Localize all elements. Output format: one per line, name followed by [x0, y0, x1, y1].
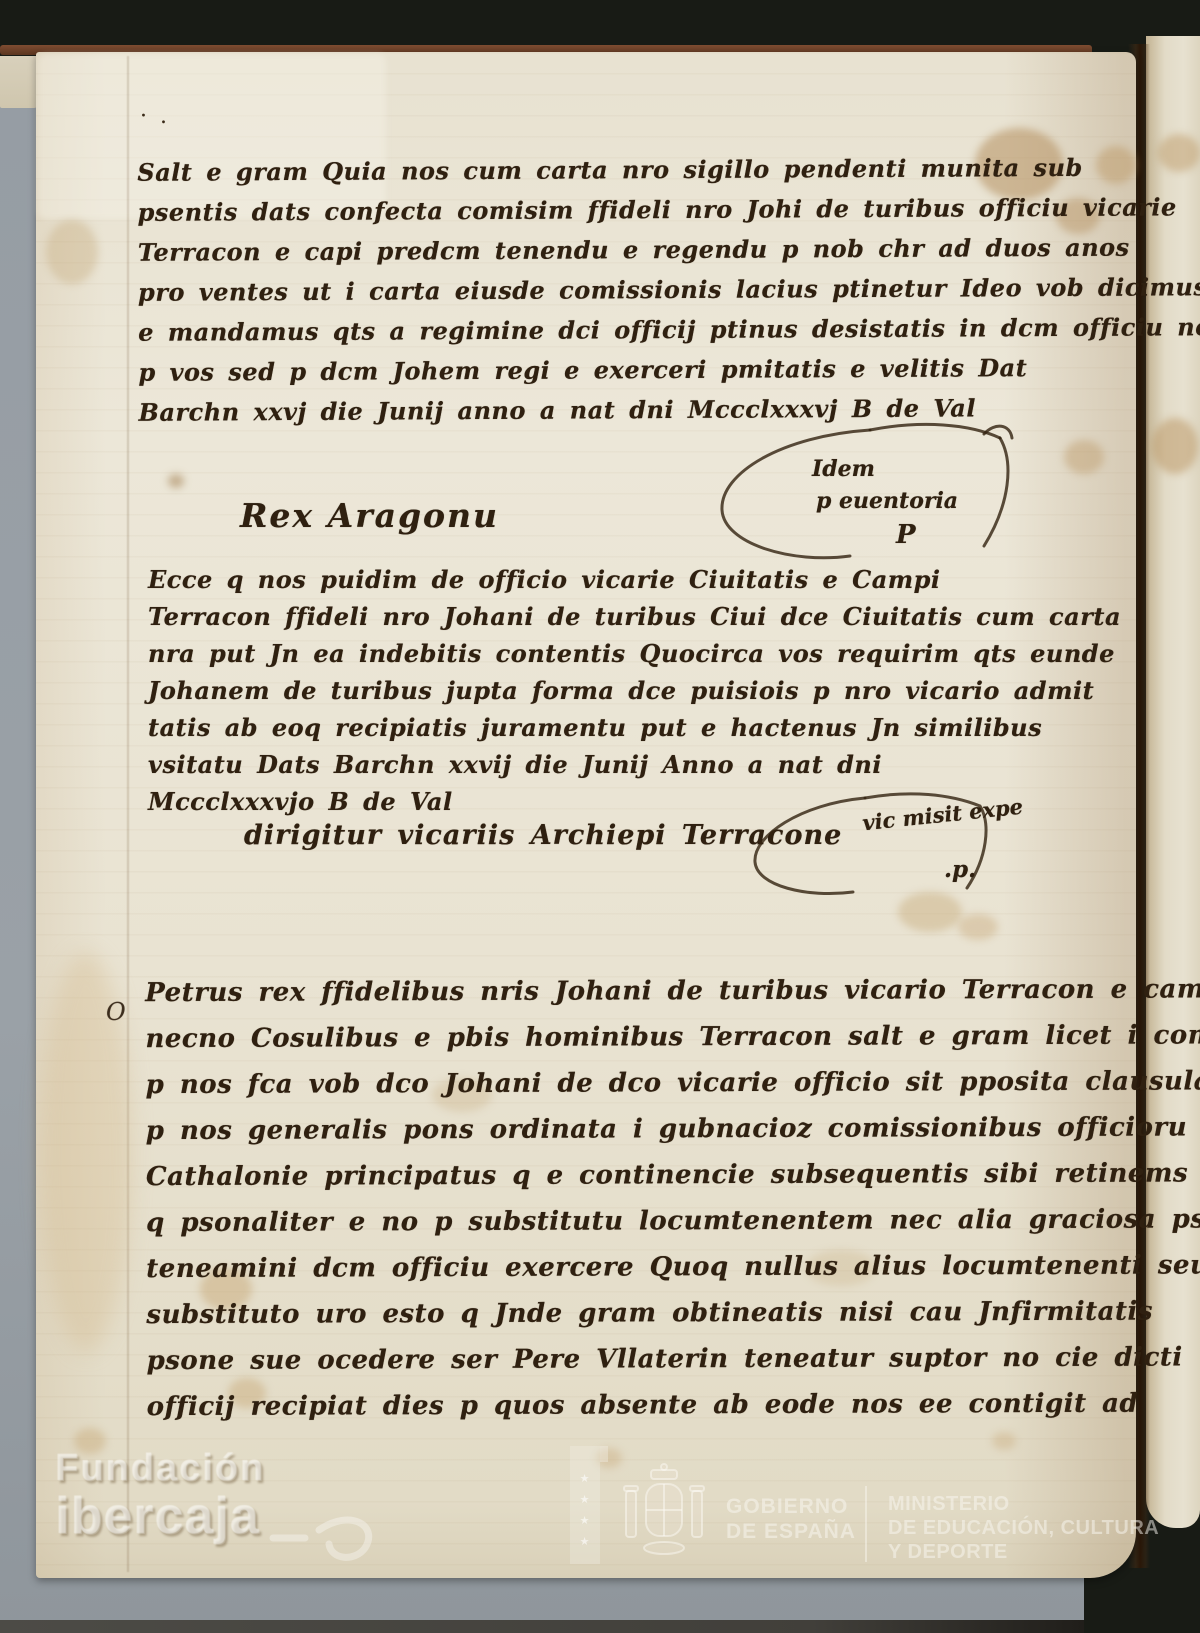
manuscript-line: vsitatu Dats Barchn xxvij die Junij Anno…: [148, 746, 1121, 783]
manuscript-line: p nos generalis pons ordinata i gubnacio…: [146, 1104, 1200, 1154]
manuscript-line: Petrus rex ffidelibus nris Johani de tur…: [145, 966, 1200, 1016]
manuscript-line: Ecce q nos puidim de officio vicarie Ciu…: [148, 561, 1121, 598]
paragraph-1: Salt e gram Quia nos cum carta nro sigil…: [137, 147, 1200, 433]
manuscript-line: teneamini dcm officiu exercere Quoq null…: [146, 1242, 1200, 1292]
stain: [46, 220, 98, 284]
manuscript-line: psone sue ocedere ser Pere Vllaterin ten…: [146, 1334, 1200, 1384]
manuscript-line: tatis ab eoq recipiatis juramentu put e …: [148, 709, 1121, 746]
heading-rex-aragonum: Rex Aragonu: [240, 496, 499, 535]
stain: [1064, 440, 1104, 474]
manuscript-line: p vos sed p dcm Johem regi e exerceri pm…: [138, 347, 1200, 393]
ministerio-line1: MINISTERIO: [888, 1492, 1159, 1516]
manuscript-line: Barchn xxvj die Junij anno a nat dni Mcc…: [139, 387, 1200, 433]
ministerio-label: MINISTERIO DE EDUCACIÓN, CULTURA Y DEPOR…: [888, 1492, 1159, 1564]
gobierno-line2: DE ESPAÑA: [726, 1519, 856, 1544]
page-edge-stack: [0, 56, 38, 108]
manuscript-line: necno Cosulibus e pbis hominibus Terraco…: [145, 1012, 1200, 1062]
stain: [958, 914, 998, 940]
government-watermark: ★★★★ GOBIERNO DE ESPAÑA MINISTERIO DE ED…: [570, 1446, 1170, 1576]
manuscript-line: p nos fca vob dco Johani de dco vicarie …: [146, 1058, 1200, 1108]
manuscript-line: Terracon ffideli nro Johani de turibus C…: [148, 598, 1121, 635]
paragraph-2: Ecce q nos puidim de officio vicarie Ciu…: [148, 561, 1121, 820]
margin-mark-o: O: [106, 998, 126, 1026]
manuscript-line: Salt e gram Quia nos cum carta nro sigil…: [137, 147, 1200, 193]
manuscript-line: Johanem de turibus jupta forma dce puisi…: [148, 672, 1121, 709]
ministerio-line2: DE EDUCACIÓN, CULTURA: [888, 1516, 1159, 1540]
manuscript-line: Terracon e capi predcm tenendu e regendu…: [138, 227, 1200, 273]
manuscript-line: e mandamus qts a regimine dci officij pt…: [138, 307, 1200, 353]
manuscript-line: pro ventes ut i carta eiusde comissionis…: [138, 267, 1200, 313]
margin-note-1-line-1: Idem: [812, 456, 875, 482]
ibercaja-watermark-line2: ibercaja: [56, 1487, 266, 1547]
ibercaja-swash-icon: [271, 1508, 391, 1568]
backdrop-edge-strip: [0, 1620, 1084, 1633]
manuscript-line: officij recipiat dies p quos absente ab …: [147, 1380, 1200, 1430]
ministerio-line3: Y DEPORTE: [888, 1540, 1159, 1564]
gobierno-label: GOBIERNO DE ESPAÑA: [726, 1494, 856, 1544]
manuscript-photo: · . Salt e gram Quia nos cum carta nro s…: [0, 0, 1200, 1633]
manuscript-line: nra put Jn ea indebitis contentis Quocir…: [148, 635, 1121, 672]
manuscript-line: Cathalonie principatus q e continencie s…: [146, 1150, 1200, 1200]
spain-coat-of-arms-icon: [618, 1460, 710, 1564]
ink-specks: · .: [140, 104, 170, 129]
margin-note-2-mark: .p.: [944, 856, 976, 883]
eu-stars-bar: ★★★★: [570, 1446, 600, 1564]
margin-note-1-mark: P: [896, 520, 916, 550]
paragraph-3: Petrus rex ffidelibus nris Johani de tur…: [145, 966, 1200, 1430]
watermark-divider: [865, 1486, 867, 1562]
ibercaja-watermark: Fundación ibercaja: [56, 1448, 266, 1547]
manuscript-line: q psonaliter e no p substitutu locumtene…: [146, 1196, 1200, 1246]
eu-stars-icon: ★★★★: [578, 1472, 591, 1556]
ibercaja-watermark-line1: Fundación: [56, 1448, 266, 1491]
manuscript-line: substituto uro esto q Jnde gram obtineat…: [146, 1288, 1200, 1338]
manuscript-line: psentis dats confecta comisim ffideli nr…: [137, 187, 1200, 233]
margin-note-1-line-2: p euentoria: [816, 488, 958, 514]
stain: [168, 474, 184, 488]
gobierno-line1: GOBIERNO: [726, 1494, 856, 1519]
margin-crease: [127, 56, 129, 1572]
